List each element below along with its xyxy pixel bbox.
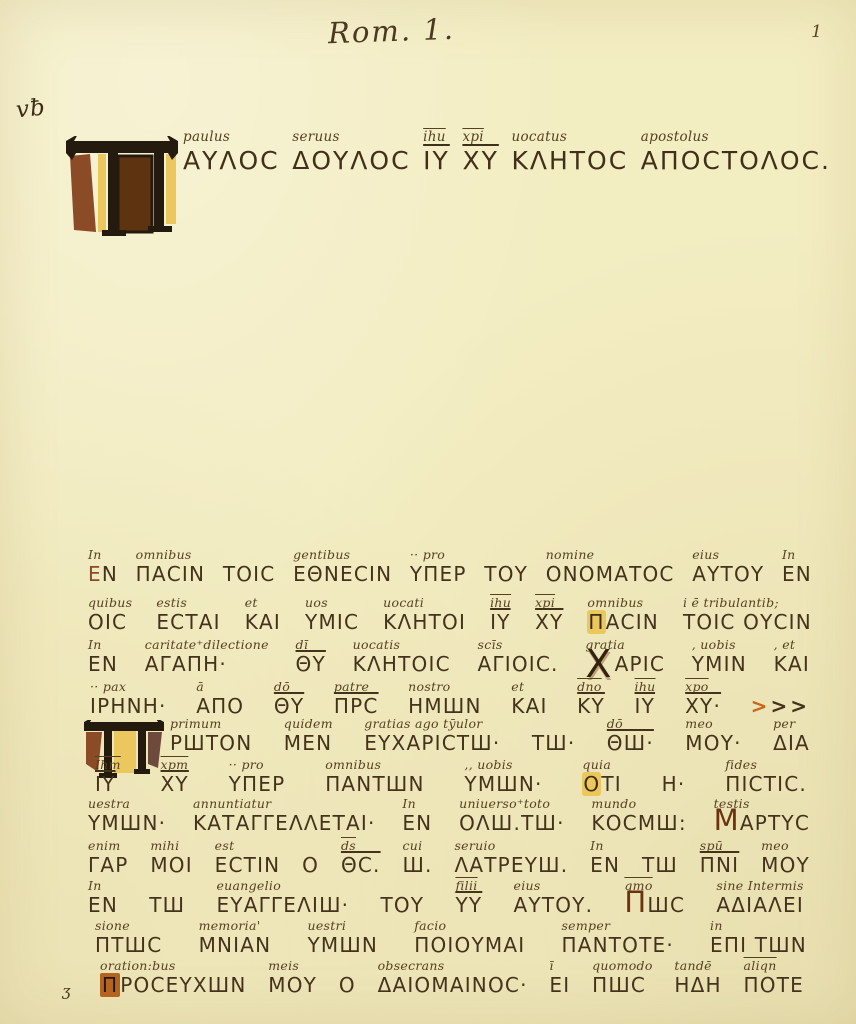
word-pair: eiusΑΥΤΟΥ (692, 548, 764, 588)
greek-word: ΥΠΕΡ (229, 771, 286, 798)
greek-word: ΟΤΙ (582, 771, 621, 798)
word-pair: nostroΗΜШΝ (408, 680, 481, 720)
latin-gloss (223, 548, 227, 561)
latin-gloss: ihu (490, 596, 511, 609)
manuscript-line-3: quibusΟΙСestisΕСΤΑΙetΚΑΙuosΥΜΙСuocatiΚΛΗ… (88, 596, 812, 636)
greek-word: ΕΥΑΓΓΕΛΙШ· (216, 892, 349, 919)
latin-gloss: Ihm (95, 758, 121, 771)
word-pair: eiusΑΥΤΟΥ. (514, 879, 594, 919)
manuscript-line-2: InΕΝomnibusΠΑСΙΝ ΤΟΙСgentibusΕΘΝΕСΙΝ·· p… (88, 548, 812, 588)
manuscript-line-8: uestraΥΜШΝ·annuntiaturΚΑΤΑΓΓΕΛΛΕΤΑΙ·InΕΝ… (88, 797, 810, 837)
decorated-letter: Π (587, 610, 605, 634)
greek-word: ΕΘΝΕСΙΝ (293, 561, 392, 588)
word-pair: testisΜΑΡΤΥС (714, 797, 810, 837)
latin-gloss: enim (88, 839, 121, 852)
greek-word: ΟΙС (88, 609, 127, 636)
latin-gloss: spū (700, 839, 723, 852)
latin-gloss: uocati (383, 596, 424, 609)
greek-word: ΜΕΝ (284, 730, 332, 757)
latin-gloss: dī (296, 638, 309, 651)
word-pair: enimΓΑΡ (88, 839, 129, 879)
greek-word: ΑΠΟСΤΟΛΟС. (641, 144, 831, 177)
greek-word: ΧΥ (535, 609, 563, 636)
greek-word: ΧΥ (462, 144, 498, 177)
greek-word: ΚΟСΜШ: (591, 810, 686, 837)
greek-word: ΧΑΡΙС (585, 651, 665, 678)
latin-gloss: euangelio (216, 879, 281, 892)
word-pair: ΤΟΥ (380, 879, 424, 919)
word-pair: uocatusΚΛΗΤΟС (511, 131, 628, 177)
greek-word: ΘΥ (296, 651, 326, 678)
greek-word: ΚΑΙ (511, 693, 547, 720)
greek-word: ΠΙСΤΙС. (725, 771, 807, 798)
greek-word: ΑΓΑΠΗ· (145, 651, 227, 678)
greek-word: ΑΔΙΑΛΕΙ (716, 892, 804, 919)
greek-word: ΤΟΥ (484, 561, 528, 588)
latin-gloss (149, 879, 153, 892)
word-pair: uocatisΚΛΗΤΟΙС (353, 638, 451, 678)
word-pair: ·· proΥΠΕΡ (229, 758, 286, 798)
greek-word: ΛΑΤΡΕΥШ. (454, 852, 568, 879)
word-pair: dōΘШ· (607, 717, 654, 757)
latin-gloss (339, 959, 343, 972)
word-pair: dnoΚΥ (577, 680, 605, 720)
word-pair: mihiΜΟΙ (150, 839, 193, 879)
greek-word: ΠΑΝΤШΝ (325, 771, 424, 798)
greek-word: ΤΟΥ (380, 892, 424, 919)
word-pair: īΕΙ (549, 959, 570, 999)
latin-gloss: fides (725, 758, 757, 771)
latin-gloss: omnibus (325, 758, 381, 771)
word-pair: filiiΥΥ (455, 879, 482, 919)
greek-word: ΙΡΗΝΗ· (90, 693, 167, 720)
word-pair: ihuΙΥ (635, 680, 656, 720)
greek-word: ΜΝΙΑΝ (199, 932, 272, 959)
word-pair: ihuΙΥ (423, 131, 450, 177)
decorated-letter: > (751, 694, 771, 718)
word-pair: mundoΚΟСΜШ: (591, 797, 686, 837)
word-pair: quibusΟΙС (88, 596, 132, 636)
greek-word: ΙΥ (490, 609, 511, 636)
manuscript-line-9: enimΓΑΡmihiΜΟΙestΕСΤΙΝ ΟdsΘС.cuiШ.seruio… (88, 839, 810, 879)
word-pair: fidesΠΙСΤΙС. (725, 758, 807, 798)
word-pair: InΕΝ (88, 879, 118, 919)
greek-word: ΤΟΙС ΟΥСΙΝ (683, 609, 812, 636)
word-pair: xpiΧΥ (462, 131, 498, 177)
greek-word: ΙΥ (95, 771, 116, 798)
word-pair: gratias ago tȳulorΕΥΧΑΡΙСΤШ· (364, 717, 500, 757)
latin-gloss: meis (268, 959, 299, 972)
word-pair: paulusΑΥΛΟС (183, 131, 280, 177)
word-pair: sioneΠΤШС (95, 919, 162, 959)
word-pair: euangelioΕΥΑΓΓΕΛΙШ· (216, 879, 349, 919)
latin-gloss: mihi (150, 839, 179, 852)
latin-gloss: mundo (591, 797, 636, 810)
word-pair: etΚΑΙ (511, 680, 547, 720)
word-pair: InΕΝ (402, 797, 432, 837)
latin-gloss (662, 758, 666, 771)
latin-gloss: oration:bus (100, 959, 176, 972)
word-pair: InΕΝ (88, 548, 118, 588)
word-pair: InΕΝ (590, 839, 620, 879)
greek-word: ΚΥ (577, 693, 605, 720)
margin-paragraph-mark: ʒ (62, 982, 70, 1000)
greek-word: ΑΥΤΟΥ (692, 561, 764, 588)
decorated-letter: Π (100, 973, 120, 997)
word-pair: quiaΟΤΙ (582, 758, 621, 798)
greek-word: ΜΟΥ (761, 852, 810, 879)
word-pair: IhmΙΥ (95, 758, 121, 798)
word-pair: āΑΠΟ (196, 680, 244, 720)
latin-gloss: estis (156, 596, 187, 609)
latin-gloss (532, 717, 536, 730)
greek-word: ΚΛΗΤΟΙС (353, 651, 451, 678)
greek-word: ΚΑΙ (774, 651, 810, 678)
latin-gloss: ā (196, 680, 204, 693)
latin-gloss: omnibus (136, 548, 192, 561)
greek-word: Ο (339, 972, 356, 999)
greek-word: ΥΜΙΝ (692, 651, 747, 678)
latin-gloss: sine Intermis (716, 879, 803, 892)
word-pair: >>> (751, 680, 810, 720)
greek-word: ΥΠΕΡ (410, 561, 467, 588)
word-pair: ΤΟΙС (223, 548, 276, 588)
latin-gloss: et (245, 596, 258, 609)
greek-word: ΤШ· (532, 730, 576, 757)
decorated-initial-pi-large-icon (66, 136, 178, 244)
word-pair: Η· (662, 758, 686, 798)
word-pair: semperΠΑΝΤΟΤΕ· (561, 919, 673, 959)
greek-word: ΙΥ (635, 693, 656, 720)
word-pair: xpoΧΥ· (685, 680, 721, 720)
word-pair: apostolusΑΠΟСΤΟΛΟС. (641, 131, 831, 177)
greek-word: ΔΙΑ (773, 730, 810, 757)
latin-gloss (751, 680, 755, 693)
word-pair: patreΠΡС (334, 680, 379, 720)
latin-gloss: ·· pro (229, 758, 264, 771)
greek-word: ΠΑСΙΝ (587, 609, 659, 636)
manuscript-line-1: paulusΑΥΛΟСseruusΔΟΥΛΟСihuΙΥxpiΧΥuocatus… (183, 131, 831, 177)
word-pair: uocatiΚΛΗΤΟΙ (383, 596, 466, 636)
latin-gloss (380, 879, 384, 892)
word-pair: Ο (302, 839, 319, 879)
word-pair: seruioΛΑΤΡΕΥШ. (454, 839, 568, 879)
greek-word: ΘС. (341, 852, 381, 879)
latin-gloss: obsecrans (378, 959, 445, 972)
word-pair: oration:busΠΡΟСΕΥΧШΝ (100, 959, 247, 999)
word-pair: spūΠΝΙ (700, 839, 740, 879)
greek-word: ΑΓΙΟΙС. (478, 651, 559, 678)
latin-gloss: ,, uobis (464, 758, 512, 771)
manuscript-line-6: primumΡШΤΟΝquidemΜΕΝgratias ago tȳulorΕΥ… (170, 717, 810, 757)
greek-word: Ο (302, 852, 319, 879)
latin-gloss: quibus (88, 596, 132, 609)
latin-gloss: dō (274, 680, 290, 693)
greek-word: ΤШ (149, 892, 185, 919)
word-pair: ihuΙΥ (490, 596, 511, 636)
latin-gloss: eius (514, 879, 541, 892)
greek-word: ΕСΤΙΝ (215, 852, 281, 879)
latin-gloss: In (402, 797, 416, 810)
greek-word: ΑΥΤΟΥ. (514, 892, 594, 919)
folio-number: 1 (811, 22, 822, 42)
latin-gloss: ihu (635, 680, 656, 693)
word-pair: tandēΗΔΗ (674, 959, 721, 999)
greek-word: ΚΑΙ (245, 609, 281, 636)
greek-word: ΘШ· (607, 730, 654, 757)
greek-word: ΕΝ (88, 892, 118, 919)
word-pair: gentibusΕΘΝΕСΙΝ (293, 548, 392, 588)
latin-gloss: , et (774, 638, 796, 651)
word-pair: uestraΥΜШΝ· (88, 797, 166, 837)
greek-word: ΠΟΙΟΥΜΑΙ (414, 932, 525, 959)
latin-gloss: annuntiatur (193, 797, 271, 810)
greek-word: ΠШС (592, 972, 646, 999)
latin-gloss: In (590, 839, 604, 852)
quire-mark: vƀ (15, 95, 47, 124)
greek-word: ΔΑΙΟΜΑΙΝΟС· (378, 972, 528, 999)
latin-gloss: In (88, 879, 102, 892)
latin-gloss: est (215, 839, 235, 852)
latin-gloss: seruus (292, 131, 340, 144)
latin-gloss: ī (549, 959, 553, 972)
word-pair: quomodoΠШС (592, 959, 653, 999)
latin-gloss: patre (334, 680, 369, 693)
word-pair: dōΘΥ (274, 680, 304, 720)
word-pair: meoΜΟΥ· (685, 717, 741, 757)
word-pair: dsΘС. (341, 839, 381, 879)
latin-gloss: gentibus (293, 548, 350, 561)
latin-gloss: ihu (423, 131, 446, 144)
latin-gloss: uocatus (511, 131, 567, 144)
latin-gloss: nostro (408, 680, 450, 693)
latin-gloss: nomine (546, 548, 595, 561)
greek-word: ΔΟΥΛΟС (292, 144, 410, 177)
greek-word: ΚΑΤΑΓΓΕΛΛΕΤΑΙ· (193, 810, 376, 837)
latin-gloss: scīs (478, 638, 503, 651)
greek-word: ΗΔΗ (674, 972, 721, 999)
latin-gloss: uniuerso⁺toto (459, 797, 550, 810)
word-pair: InΕΝ (782, 548, 812, 588)
greek-word: ΥΥ (455, 892, 482, 919)
decorated-letter: Μ (714, 803, 740, 837)
word-pair: ·· paxΙΡΗΝΗ· (90, 680, 167, 720)
word-pair: nomineΟΝΟΜΑΤΟС (546, 548, 675, 588)
latin-gloss: seruio (454, 839, 495, 852)
word-pair: primumΡШΤΟΝ (170, 717, 252, 757)
greek-word: ΕСΤΑΙ (156, 609, 220, 636)
word-pair: , etΚΑΙ (774, 638, 810, 678)
latin-gloss: meo (761, 839, 789, 852)
word-pair: InΕΝ (88, 638, 118, 678)
latin-gloss: paulus (183, 131, 230, 144)
greek-word: ΜΟΥ· (685, 730, 741, 757)
word-pair: scīsΑΓΙΟΙС. (478, 638, 559, 678)
latin-gloss: ·· pax (90, 680, 126, 693)
latin-gloss: omnibus (587, 596, 643, 609)
manuscript-line-11: sioneΠΤШСmemoria'ΜΝΙΑΝuestriΥΜШΝfacioΠΟΙ… (95, 919, 807, 959)
word-pair: meisΜΟΥ (268, 959, 317, 999)
manuscript-page: Rom. 1. 1 vƀ ʒ (0, 0, 856, 1024)
latin-gloss: filii (455, 879, 477, 892)
manuscript-line-12: oration:busΠΡΟСΕΥΧШΝmeisΜΟΥ ΟobsecransΔΑ… (100, 959, 804, 999)
latin-gloss: gratias ago tȳulor (364, 717, 482, 730)
greek-word: Η· (662, 771, 686, 798)
latin-gloss (302, 839, 306, 852)
greek-word: ΑΥΛΟС (183, 144, 280, 177)
word-pair: caritate⁺dilectioneΑΓΑΠΗ· (145, 638, 269, 678)
latin-gloss: tandē (674, 959, 711, 972)
word-pair: estΕСΤΙΝ (215, 839, 281, 879)
greek-word: ΥΜШΝ· (464, 771, 542, 798)
greek-word: ΠΝΙ (700, 852, 740, 879)
word-pair: qmoΠШС (624, 879, 685, 919)
word-pair: ΤШ· (532, 717, 576, 757)
word-pair: omnibusΠΑСΙΝ (136, 548, 206, 588)
latin-gloss: dno (577, 680, 601, 693)
word-pair: memoria'ΜΝΙΑΝ (199, 919, 272, 959)
greek-word: ΙΥ (423, 144, 450, 177)
greek-word: ΠΡΟСΕΥΧШΝ (100, 972, 247, 999)
decorated-letter: Ε (88, 562, 102, 586)
word-pair: obsecransΔΑΙΟΜΑΙΝΟС· (378, 959, 528, 999)
latin-gloss: eius (692, 548, 719, 561)
decorated-letter: Π (624, 885, 647, 919)
latin-gloss: ds (341, 839, 356, 852)
latin-gloss: xpm (161, 758, 189, 771)
latin-gloss: aliqn (744, 959, 777, 972)
latin-gloss: quomodo (592, 959, 653, 972)
greek-word: ΓΑΡ (88, 852, 129, 879)
greek-word: ΥΜΙС (305, 609, 359, 636)
greek-word: ΕΙ (549, 972, 570, 999)
latin-gloss: memoria' (199, 919, 261, 932)
greek-word: ΟΝΟΜΑΤΟС (546, 561, 675, 588)
latin-gloss: apostolus (641, 131, 709, 144)
manuscript-line-7: IhmΙΥxpmΧΥ·· proΥΠΕΡomnibusΠΑΝΤШΝ,, uobi… (95, 758, 807, 798)
word-pair: uosΥΜΙС (305, 596, 359, 636)
word-pair: perΔΙΑ (773, 717, 810, 757)
decorated-letter: Ο (582, 772, 601, 796)
word-pair: ΤШ (149, 879, 185, 919)
latin-gloss: quia (582, 758, 611, 771)
manuscript-line-5: ·· paxΙΡΗΝΗ·āΑΠΟdōΘΥpatreΠΡСnostroΗΜШΝet… (90, 680, 810, 720)
word-pair: i ē tribulantib;ΤΟΙС ΟΥСΙΝ (683, 596, 812, 636)
word-pair: dīΘΥ (296, 638, 326, 678)
greek-word: ΜΟΥ (268, 972, 317, 999)
word-pair: estisΕСΤΑΙ (156, 596, 220, 636)
word-pair: xpiΧΥ (535, 596, 563, 636)
greek-word: ΕΝ (402, 810, 432, 837)
latin-gloss: uos (305, 596, 328, 609)
greek-word: ΧΥ (161, 771, 189, 798)
greek-word: ΕΥΧΑΡΙСΤШ· (364, 730, 500, 757)
latin-gloss: , uobis (692, 638, 736, 651)
latin-gloss: primum (170, 717, 222, 730)
greek-word: ΕΝ (782, 561, 812, 588)
latin-gloss: xpi (535, 596, 555, 609)
word-pair: ΤΟΥ (484, 548, 528, 588)
latin-gloss: i ē tribulantib; (683, 596, 779, 609)
word-pair: ΤШ (642, 839, 678, 879)
greek-word: ΥΜШΝ (307, 932, 378, 959)
manuscript-line-4: InΕΝcaritate⁺dilectioneΑΓΑΠΗ·dīΘΥuocatis… (88, 638, 810, 678)
word-pair: cuiШ. (402, 839, 432, 879)
greek-word: ΠШС (624, 892, 685, 919)
word-pair: gratiaΧΑΡΙС (585, 638, 665, 678)
greek-word: ΚΛΗΤΟС (511, 144, 628, 177)
word-pair: meoΜΟΥ (761, 839, 810, 879)
greek-word: ΜΟΙ (150, 852, 193, 879)
latin-gloss: In (88, 638, 102, 651)
greek-word: ΠΤШС (95, 932, 162, 959)
word-pair: sine IntermisΑΔΙΑΛΕΙ (716, 879, 804, 919)
greek-word: ΠΟΤΕ (744, 972, 804, 999)
latin-gloss: xpi (462, 131, 483, 144)
latin-gloss: cui (402, 839, 422, 852)
greek-word: ΟΛШ.ΤШ· (459, 810, 565, 837)
word-pair: facioΠΟΙΟΥΜΑΙ (414, 919, 525, 959)
greek-word: ΠΑСΙΝ (136, 561, 206, 588)
page-title: Rom. 1. (327, 12, 455, 50)
word-pair: omnibusΠΑСΙΝ (587, 596, 659, 636)
word-pair: , uobisΥΜΙΝ (692, 638, 747, 678)
latin-gloss: uestri (307, 919, 346, 932)
word-pair: quidemΜΕΝ (284, 717, 333, 757)
latin-gloss: In (782, 548, 796, 561)
greek-word: ΕΝ (88, 651, 118, 678)
greek-word: ΤШ (642, 852, 678, 879)
greek-word: ΕΝ (590, 852, 620, 879)
word-pair: etΚΑΙ (245, 596, 281, 636)
latin-gloss: In (88, 548, 102, 561)
latin-gloss: in (710, 919, 723, 932)
latin-gloss: xpo (685, 680, 708, 693)
latin-gloss: et (511, 680, 524, 693)
latin-gloss: ·· pro (410, 548, 445, 561)
manuscript-line-10: InΕΝ ΤШeuangelioΕΥΑΓΓΕΛΙШ· ΤΟΥfiliiΥΥeiu… (88, 879, 804, 919)
word-pair: aliqnΠΟΤΕ (744, 959, 804, 999)
word-pair: ,, uobisΥΜШΝ· (464, 758, 542, 798)
word-pair: uniuerso⁺totoΟΛШ.ΤШ· (459, 797, 565, 837)
word-pair: omnibusΠΑΝΤШΝ (325, 758, 424, 798)
greek-word: ΕΝ (88, 561, 118, 588)
latin-gloss: facio (414, 919, 446, 932)
greek-word: ΜΑΡΤΥС (714, 810, 810, 837)
latin-gloss: uocatis (353, 638, 401, 651)
latin-gloss: uestra (88, 797, 130, 810)
greek-word: ΠΑΝΤΟΤΕ· (561, 932, 673, 959)
word-pair: uestriΥΜШΝ (307, 919, 378, 959)
latin-gloss: per (773, 717, 795, 730)
greek-word: ΡШΤΟΝ (170, 730, 252, 757)
greek-word: ΚΛΗΤΟΙ (383, 609, 466, 636)
greek-word: ΕΠΙ ΤШΝ (710, 932, 807, 959)
word-pair: xpmΧΥ (161, 758, 189, 798)
word-pair: seruusΔΟΥΛΟС (292, 131, 410, 177)
word-pair: Ο (339, 959, 356, 999)
latin-gloss: dō (607, 717, 623, 730)
greek-word: ΥΜШΝ· (88, 810, 166, 837)
latin-gloss: meo (685, 717, 713, 730)
latin-gloss (484, 548, 488, 561)
latin-gloss: sione (95, 919, 130, 932)
latin-gloss: caritate⁺dilectione (145, 638, 269, 651)
latin-gloss: semper (561, 919, 610, 932)
latin-gloss: quidem (284, 717, 333, 730)
greek-word: ΤΟΙС (223, 561, 276, 588)
latin-gloss (642, 839, 646, 852)
